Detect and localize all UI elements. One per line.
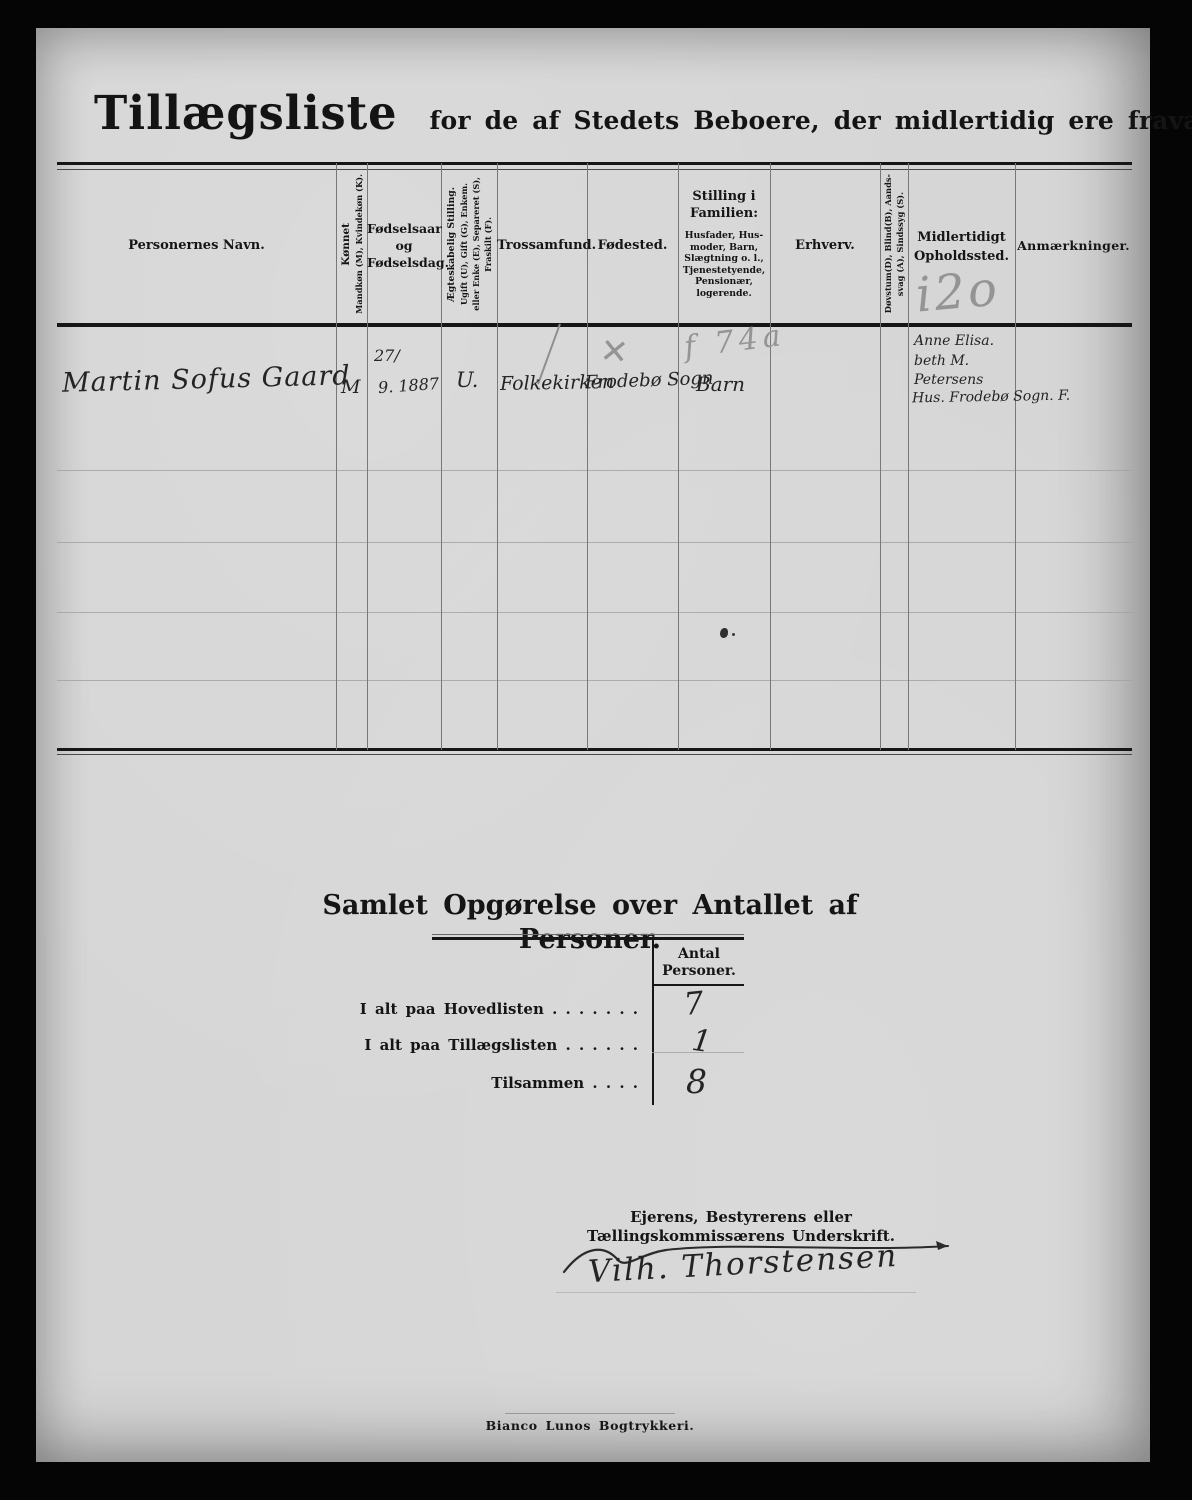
row-name: Martin Sofus Gaard [62, 360, 351, 399]
signature-baseline [556, 1292, 916, 1293]
summary-row-mainlist-label: I alt paa Hovedlisten . . . . . . . [306, 1000, 638, 1018]
column-header-temp-residence: Midlertidigt Opholdssted. [908, 228, 1015, 266]
summary-row-total-label: Tilsammen . . . . [306, 1074, 638, 1092]
table-top-rule [57, 162, 1132, 165]
row-marital: U. [456, 368, 478, 392]
summary-light-rule [652, 1052, 744, 1053]
column-header-birthplace: Fødested. [587, 238, 678, 254]
row-stay-line2: beth M. [914, 353, 969, 369]
row-sex: M [341, 376, 360, 398]
footer-rule [505, 1413, 675, 1414]
table-top-rule-thin [57, 169, 1132, 170]
row-line [57, 470, 1132, 471]
header-bottom-rule [57, 323, 1132, 327]
column-header-sex-line1: Kønnet [340, 223, 352, 266]
row-birth-year: 9. 1887 [377, 374, 439, 397]
summary-row-mainlist-value: 7 [682, 985, 705, 1023]
pencil-x-mark: ✕ [598, 331, 631, 374]
table-bottom-rule-thin [57, 754, 1132, 755]
pencil-header-note: i2o [914, 260, 1002, 323]
summary-row-supplist-label: I alt paa Tillægslisten . . . . . . [306, 1036, 638, 1054]
column-header-family-title: Stilling i Familien: [678, 188, 770, 222]
form-title: Tillægsliste [94, 86, 398, 141]
row-birthplace: Frodebø Sogn [585, 368, 714, 393]
summary-count-header: Antal Personer. [653, 946, 745, 980]
row-family-position: Barn [696, 372, 745, 396]
column-header-sex: Kønnet Mandkøn (M), Kvindekøn (K). [336, 168, 367, 320]
row-stay-line1: Anne Elisa. [914, 333, 994, 349]
row-line [57, 612, 1132, 613]
column-header-faith: Trossamfund. [497, 238, 587, 254]
form-title-row: Tillægsliste for de af Stedets Beboere, … [94, 86, 1134, 141]
summary-row-total-value: 8 [686, 1062, 707, 1101]
summary-top-rule [432, 937, 744, 940]
census-form-page: Tillægsliste for de af Stedets Beboere, … [36, 28, 1150, 1462]
column-header-occupation: Erhverv. [770, 238, 880, 254]
column-header-marital: Ægteskabelig Stilling. Ugift (U), Gift (… [441, 168, 497, 320]
ink-blot-dot [732, 633, 735, 636]
table-bottom-rule [57, 748, 1132, 751]
summary-heading: Samlet Opgørelse over Antallet af Person… [300, 889, 880, 957]
summary-row-supplist-value: 1 [690, 1023, 714, 1060]
row-birth-day: 27/ [374, 346, 400, 365]
ink-blot [720, 628, 728, 638]
column-header-sex-line2: Mandkøn (M), Kvindekøn (K). [354, 174, 364, 314]
form-subtitle: for de af Stedets Beboere, der midlertid… [429, 106, 1192, 135]
column-header-remarks: Anmærkninger. [1015, 238, 1132, 254]
summary-top-rule-thin [432, 934, 744, 935]
printer-imprint: Bianco Lunos Bogtrykkeri. [450, 1418, 730, 1434]
column-header-name: Personernes Navn. [57, 238, 336, 254]
column-header-family-sub: Husfader, Hus- moder, Barn, Slægtning o.… [678, 230, 770, 299]
row-line [57, 542, 1132, 543]
column-header-birth: Fødselsaar og Fødselsdag. [367, 220, 441, 271]
row-line [57, 680, 1132, 681]
row-stay-line3: Petersens [914, 372, 983, 388]
column-header-disability: Døvstum(D), Blind(B), Aands- svag (A), S… [880, 168, 908, 320]
row-stay-line4: Hus. Frodebø Sogn. F. [912, 388, 1070, 407]
